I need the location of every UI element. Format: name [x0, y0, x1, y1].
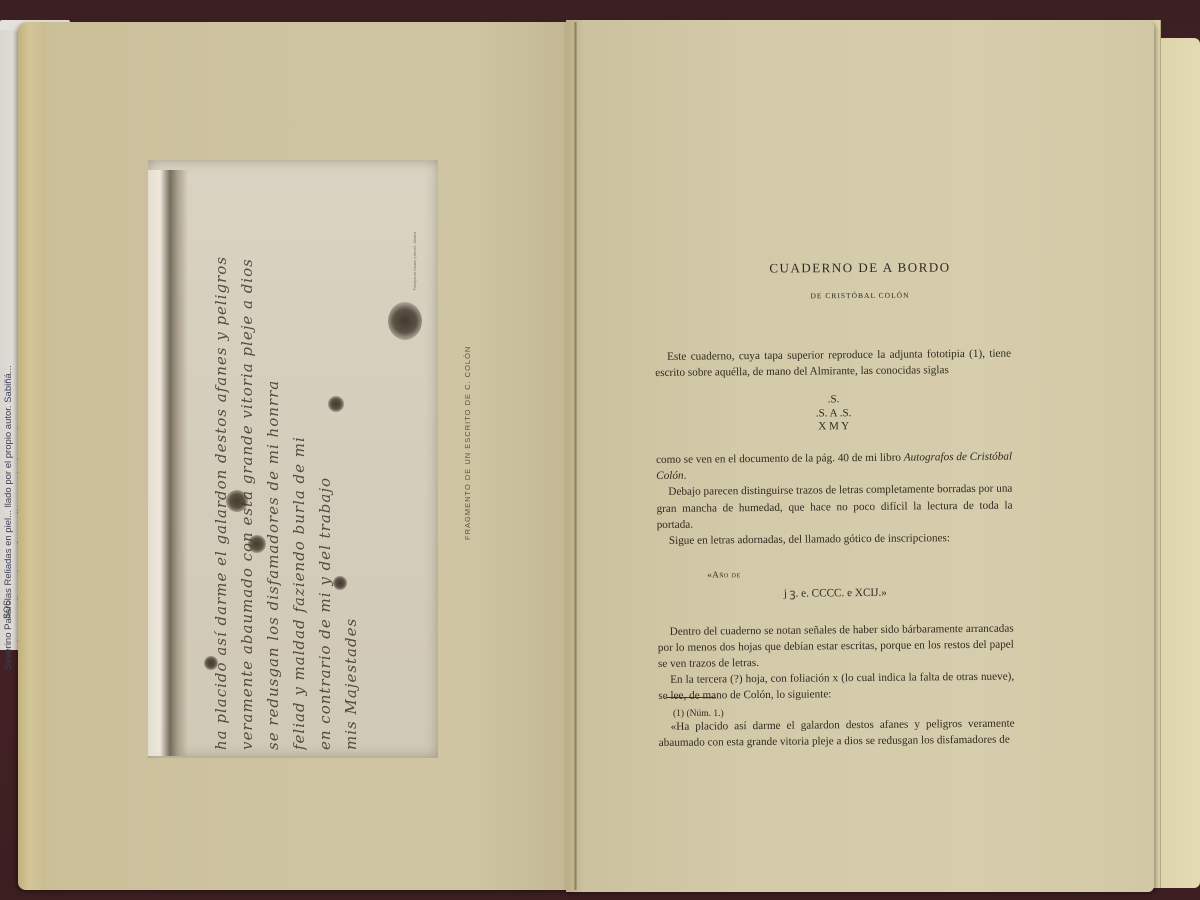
script-line: veramente abaumado con esta grande vitor…: [234, 190, 260, 750]
paragraph-2-end: .: [684, 470, 687, 482]
sigla-block: .S. .S. A .S. X M Y: [655, 392, 1011, 436]
paragraph-5: Dentro del cuaderno se notan señales de …: [658, 620, 1014, 672]
plate-printer-credit: Fototipia de Hauser y Menet - Madrid: [413, 190, 421, 290]
paragraph-2: como se ven en el documento de la pág. 4…: [656, 448, 1012, 484]
script-line: se redusgan los disfamadores de mi honrr…: [260, 190, 286, 750]
paragraph-7-quote: «Ha placido así darme el galardon destos…: [659, 715, 1015, 751]
script-line: en contrario de mi y del trabajo: [312, 190, 338, 750]
paragraph-3: Debajo parecen distinguirse trazos de le…: [656, 481, 1012, 533]
handwritten-script: ha placido así darme el galardon destos …: [208, 190, 418, 750]
fragment-line: Severino Pallarolas Reliadas en piel... …: [2, 70, 15, 670]
footnote-divider: [666, 697, 716, 698]
book-gutter: [574, 22, 577, 890]
fragment-small-text: SOS: [2, 600, 12, 619]
manuscript-facsimile-plate: ha placido así darme el galardon destos …: [148, 160, 438, 758]
gothic-inscription-line-2: j ꝫ. e. CCCC. e XCIJ.»: [657, 584, 1013, 604]
footnote: (1) (Núm. 1.): [673, 709, 724, 719]
plate-caption: FRAGMENTO DE UN ESCRITO DE C. COLÓN: [463, 350, 475, 540]
body-text: Este cuaderno, cuya tapa superior reprod…: [655, 346, 1015, 751]
script-line: ha placido así darme el galardon destos …: [208, 190, 234, 750]
paragraph-4: Sigue en letras adornadas, del llamado g…: [657, 529, 1013, 549]
script-line: mis Majestades: [338, 190, 364, 750]
paragraph-6: En la tercera (?) hoja, con foliación x …: [658, 669, 1014, 705]
paragraph-1: Este cuaderno, cuya tapa superior reprod…: [655, 346, 1011, 382]
script-line: feliad y maldad faziendo burla de mi: [286, 190, 312, 750]
paragraph-2-text: como se ven en el documento de la pág. 4…: [656, 452, 904, 466]
chapter-title: CUADERNO DE A BORDO: [566, 258, 1154, 277]
torn-paper-edge: [148, 170, 188, 756]
sigla-line-3: X M Y: [656, 419, 1012, 436]
gothic-inscription-line-1: «Año de: [707, 564, 1013, 583]
